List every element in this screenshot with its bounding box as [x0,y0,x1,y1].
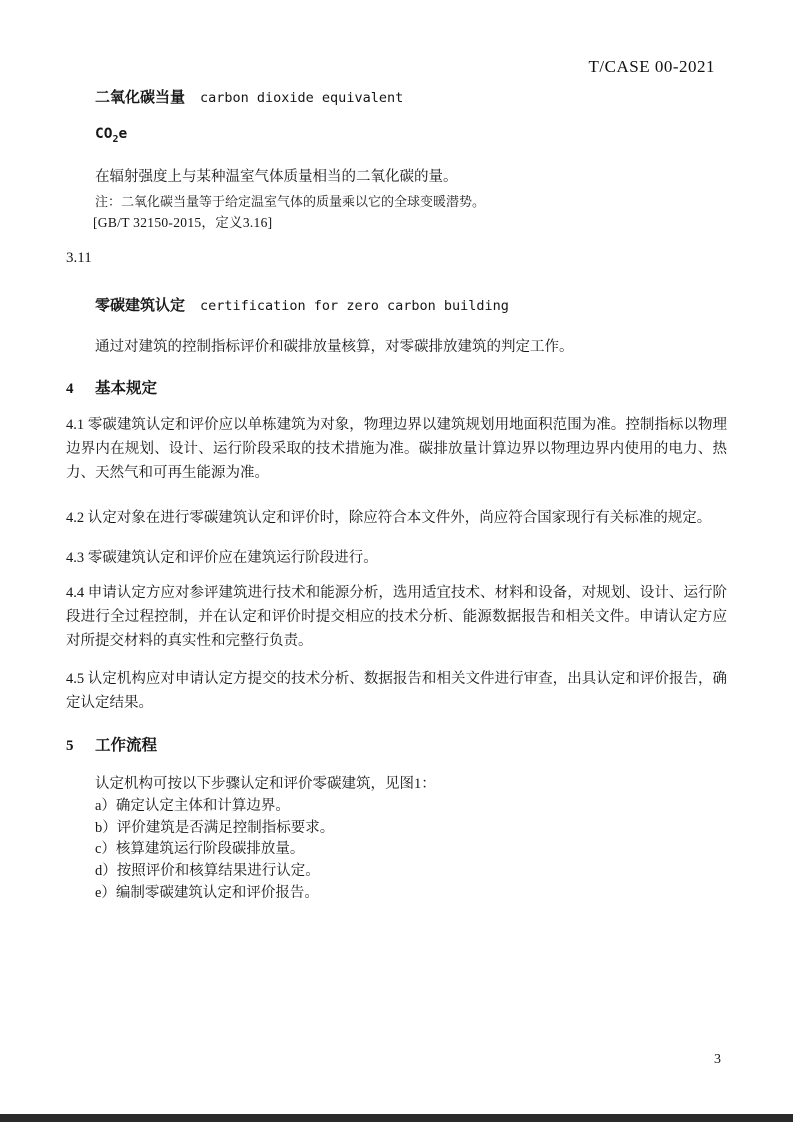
term-title-zero-carbon: 零碳建筑认定certification for zero carbon buil… [95,294,509,315]
clause-4-5: 4.5 认定机构应对申请认定方提交的技术分析、数据报告和相关文件进行审查，出具认… [66,667,727,715]
clause-4-3: 4.3 零碳建筑认定和评价应在建筑运行阶段进行。 [66,546,727,570]
workflow-step-c: c）核算建筑运行阶段碳排放量。 [95,839,727,861]
clause-4-1: 4.1 零碳建筑认定和评价应以单栋建筑为对象，物理边界以建筑规划用地面积范围为准… [66,413,727,485]
workflow-step-b: b）评价建筑是否满足控制指标要求。 [95,818,727,840]
document-page: T/CASE 00-2021 二氧化碳当量carbon dioxide equi… [0,0,793,1122]
term-zh-label: 零碳建筑认定 [95,297,185,314]
section-number: 4 [66,381,95,398]
workflow-step-list: a）确定认定主体和计算边界。 b）评价建筑是否满足控制指标要求。 c）核算建筑运… [95,796,727,905]
workflow-step-a: a）确定认定主体和计算边界。 [95,796,727,818]
term-definition: 在辐射强度上与某种温室气体质量相当的二氧化碳的量。 [95,165,727,189]
workflow-step-d: d）按照评价和核算结果进行认定。 [95,861,727,883]
term-en-label: carbon dioxide equivalent [200,90,403,106]
section-5-heading: 5工作流程 [66,733,157,755]
term-definition: 通过对建筑的控制指标评价和碳排放量核算，对零碳排放建筑的判定工作。 [95,335,727,359]
symbol-suffix: e [119,126,128,142]
section-4-heading: 4基本规定 [66,376,157,398]
term-source-reference: [GB/T 32150-2015，定义3.16] [93,212,272,234]
workflow-step-e: e）编制零碳建筑认定和评价报告。 [95,883,727,905]
section-title: 工作流程 [95,737,157,754]
scan-edge-bar [0,1114,793,1122]
symbol-prefix: CO [95,126,112,142]
term-number: 3.11 [66,250,92,267]
section-number: 5 [66,738,95,755]
clause-4-4: 4.4 申请认定方应对参评建筑进行技术和能源分析，选用适宜技术、材料和设备，对规… [66,581,727,653]
workflow-intro: 认定机构可按以下步骤认定和评价零碳建筑，见图1： [95,772,727,796]
term-zh-label: 二氧化碳当量 [95,89,185,106]
term-note: 注：二氧化碳当量等于给定温室气体的质量乘以它的全球变暖潜势。 [95,191,727,213]
document-code-header: T/CASE 00-2021 [589,57,715,77]
page-number: 3 [714,1052,721,1068]
term-title-co2e: 二氧化碳当量carbon dioxide equivalent [95,86,403,107]
section-title: 基本规定 [95,380,157,397]
term-symbol-co2e: CO2e [95,126,127,142]
clause-4-2: 4.2 认定对象在进行零碳建筑认定和评价时，除应符合本文件外，尚应符合国家现行有… [66,506,727,530]
term-en-label: certification for zero carbon building [200,298,509,314]
